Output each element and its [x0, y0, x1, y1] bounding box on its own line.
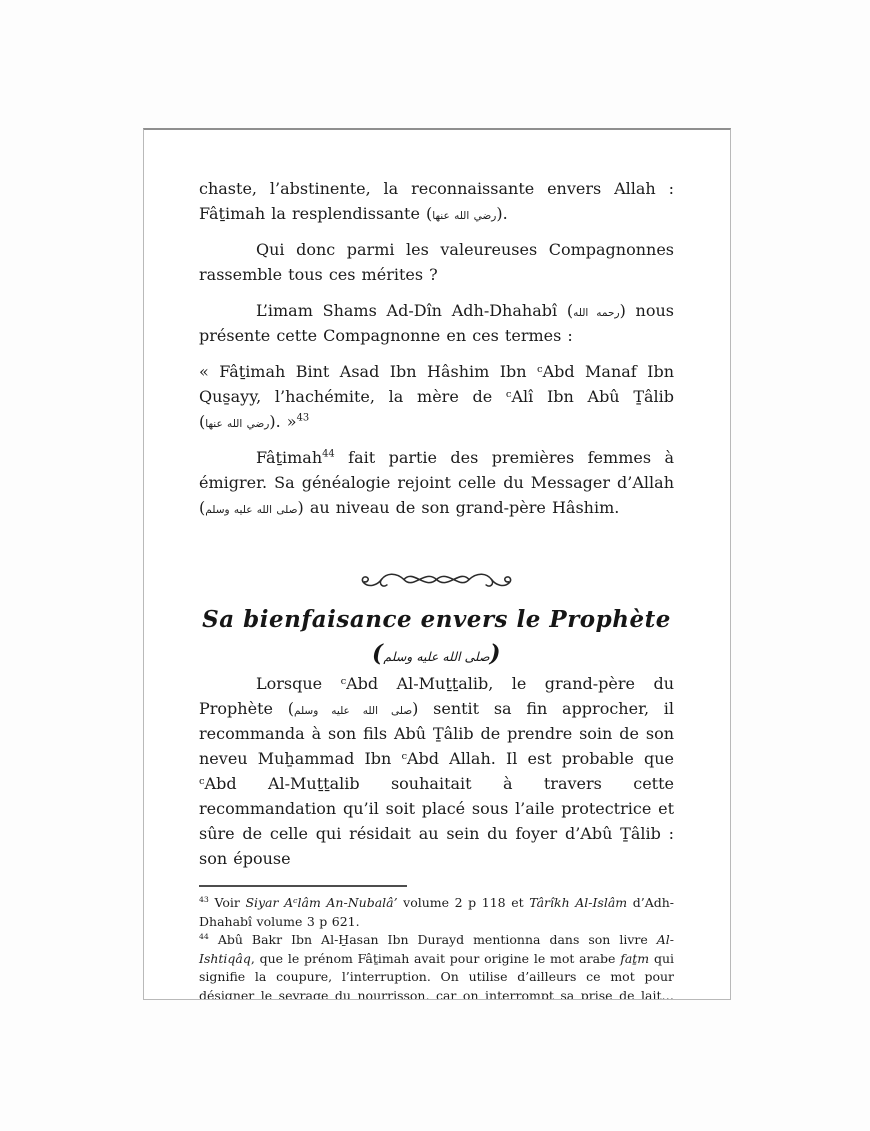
footnote-divider	[199, 885, 407, 887]
text-run: صلى الله عليه وسلم	[383, 649, 489, 664]
text-run: volume 2 p 118 et	[398, 895, 530, 910]
text-run: , que le prénom Fâṯimah avait pour orig…	[251, 951, 620, 966]
book-page: chaste, l’abstinente, la reconnaissante …	[143, 128, 731, 1000]
text-run: صلى الله عليه وسلم	[205, 504, 297, 516]
text-run: Abû Bakr Ibn Al-H̱asan Ibn Durayd mentio…	[209, 932, 657, 947]
body-paragraph-1: chaste, l’abstinente, la reconnaissante …	[199, 176, 674, 226]
quote-paragraph: « Fâṯimah Bint Asad Ibn Hâshim Ibn ᶜAbd…	[199, 359, 674, 434]
text-run: 43	[297, 413, 310, 424]
body-paragraph-3: L’imam Shams Ad-Dîn Adh-Dhahabî (رحمه ال…	[199, 298, 674, 348]
body-paragraph-5: Fâṯimah44 fait partie des premières fem…	[199, 445, 674, 520]
body-paragraph-2: Qui donc parmi les valeureuses Compagnon…	[199, 237, 674, 287]
text-run: 43	[199, 895, 209, 904]
text-run: رضي الله عنها	[432, 210, 496, 222]
text-run: ).	[496, 204, 507, 223]
ornament-divider	[199, 564, 674, 595]
text-run: Târîkh Al-Islâm	[529, 895, 627, 910]
text-run: Siyar Aᶜlâm An-Nubalâ’	[245, 895, 397, 910]
text-run: رحمه الله	[573, 307, 619, 319]
text-run: faṯm	[620, 951, 649, 966]
flourish-icon	[354, 564, 519, 595]
text-run: ) sentit sa fin approcher, il recommanda…	[199, 699, 674, 868]
text-run: Fâṯimah	[256, 448, 322, 467]
footnote-44: 44 Abû Bakr Ibn Al-H̱asan Ibn Durayd men…	[199, 931, 674, 1000]
section-heading: Sa bienfaisance envers le Prophète (صلى …	[199, 603, 674, 671]
text-run: رضي الله عنها	[205, 418, 269, 430]
footnote-43: 43 Voir Siyar Aᶜlâm An-Nubalâ’ volume 2 …	[199, 894, 674, 931]
scan-background: chaste, l’abstinente, la reconnaissante …	[0, 0, 870, 1131]
body-paragraph-6: Lorsque ᶜAbd Al-Muṯṯalib, le grand-pèr…	[199, 671, 674, 871]
text-run: Voir	[209, 895, 246, 910]
text-run: ) au niveau de son grand-père Hâshim.	[298, 498, 620, 517]
text-run: صلى الله عليه وسلم	[294, 705, 412, 717]
text-run: )	[490, 640, 501, 667]
text-run: Qui donc parmi les valeureuses Compagnon…	[199, 240, 674, 284]
text-run: ). »	[269, 412, 296, 431]
text-run: 44	[199, 932, 209, 941]
text-run: 44	[322, 449, 335, 460]
text-run: L’imam Shams Ad-Dîn Adh-Dhahabî (	[256, 301, 573, 320]
